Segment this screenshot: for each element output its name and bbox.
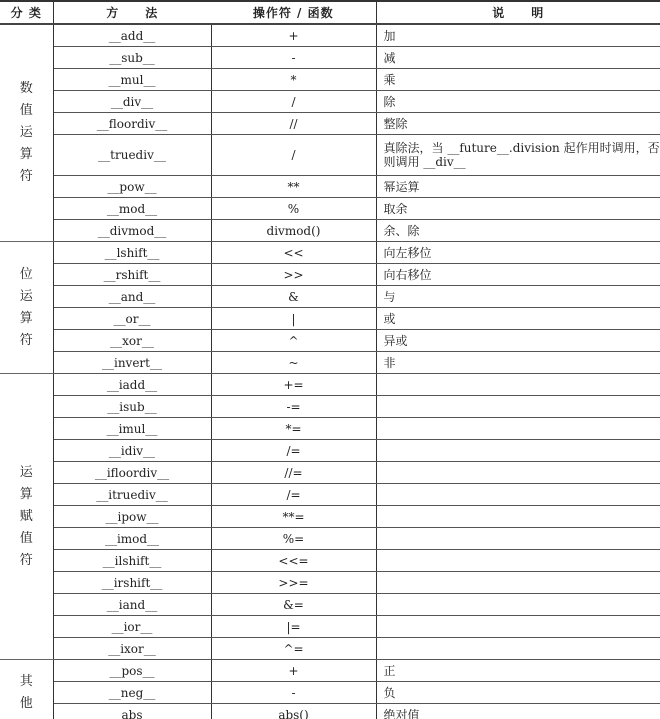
operator-cell: - <box>211 682 376 704</box>
operator-cell: ^= <box>211 638 376 660</box>
table-row: __and__&与 <box>0 286 660 308</box>
table-row: 位运算符__lshift__<<向左移位 <box>0 242 660 264</box>
method-cell: __truediv__ <box>53 135 211 176</box>
table-row: __invert__~非 <box>0 352 660 374</box>
description-cell: 负 <box>376 682 660 704</box>
method-cell: __sub__ <box>53 47 211 69</box>
description-cell: 整除 <box>376 113 660 135</box>
method-cell: __ipow__ <box>53 506 211 528</box>
table-row: __ipow__**= <box>0 506 660 528</box>
method-cell: __xor__ <box>53 330 211 352</box>
operator-cell: /= <box>211 440 376 462</box>
method-cell: __ior__ <box>53 616 211 638</box>
table-row: __mul__*乘 <box>0 69 660 91</box>
header-category: 分 类 <box>0 1 53 24</box>
description-cell <box>376 572 660 594</box>
description-cell: 向左移位 <box>376 242 660 264</box>
description-cell: 异或 <box>376 330 660 352</box>
description-cell: 向右移位 <box>376 264 660 286</box>
operator-cell: /= <box>211 484 376 506</box>
method-cell: __mod__ <box>53 198 211 220</box>
method-cell: __lshift__ <box>53 242 211 264</box>
description-cell: 与 <box>376 286 660 308</box>
operator-cell: << <box>211 242 376 264</box>
operator-cell: / <box>211 91 376 113</box>
table-row: __ifloordiv__//= <box>0 462 660 484</box>
operator-cell: % <box>211 198 376 220</box>
table-row: __abs__abs()绝对值 <box>0 704 660 719</box>
table-row: __truediv__/真除法，当 __future__.division 起作… <box>0 135 660 176</box>
category-cell: 数值运算符 <box>0 24 53 242</box>
table-row: __iand__&= <box>0 594 660 616</box>
method-cell: __idiv__ <box>53 440 211 462</box>
category-label: 其他 <box>19 671 33 715</box>
method-cell: __add__ <box>53 24 211 47</box>
table-row: __ixor__^= <box>0 638 660 660</box>
category-cell: 其他 <box>0 660 53 719</box>
method-cell: __mul__ <box>53 69 211 91</box>
operator-cell: + <box>211 24 376 47</box>
table-row: __pow__**幂运算 <box>0 176 660 198</box>
description-cell <box>376 440 660 462</box>
method-cell: __ilshift__ <box>53 550 211 572</box>
header-method: 方 法 <box>53 1 211 24</box>
description-cell: 绝对值 <box>376 704 660 719</box>
table-row: __xor__^异或 <box>0 330 660 352</box>
method-cell: __irshift__ <box>53 572 211 594</box>
method-cell: __pow__ <box>53 176 211 198</box>
description-cell: 减 <box>376 47 660 69</box>
header-row: 分 类 方 法 操作符 / 函数 说 明 <box>0 1 660 24</box>
operator-cell: %= <box>211 528 376 550</box>
category-label: 数值运算符 <box>19 78 33 188</box>
table-row: __div__/除 <box>0 91 660 113</box>
operator-cell: |= <box>211 616 376 638</box>
operator-cell: & <box>211 286 376 308</box>
description-cell: 加 <box>376 24 660 47</box>
table-row: __isub__-= <box>0 396 660 418</box>
table-row: __sub__-减 <box>0 47 660 69</box>
description-cell <box>376 528 660 550</box>
description-cell: 余、除 <box>376 220 660 242</box>
description-cell: 正 <box>376 660 660 682</box>
method-cell: __isub__ <box>53 396 211 418</box>
description-cell: 乘 <box>376 69 660 91</box>
method-cell: __neg__ <box>53 682 211 704</box>
description-cell <box>376 550 660 572</box>
description-cell: 非 <box>376 352 660 374</box>
operator-cell: -= <box>211 396 376 418</box>
description-cell: 真除法，当 __future__.division 起作用时调用，否则调用 __… <box>376 135 660 176</box>
operator-cell: abs() <box>211 704 376 719</box>
table-row: __itruediv__/= <box>0 484 660 506</box>
operator-cell: - <box>211 47 376 69</box>
method-cell: __imul__ <box>53 418 211 440</box>
method-cell: __or__ <box>53 308 211 330</box>
table-row: __imul__*= <box>0 418 660 440</box>
operator-cell: >>= <box>211 572 376 594</box>
method-cell: __iand__ <box>53 594 211 616</box>
table-body: 数值运算符__add__+加__sub__-减__mul__*乘__div__/… <box>0 24 660 719</box>
operator-cell: ^ <box>211 330 376 352</box>
operator-cell: / <box>211 135 376 176</box>
operator-cell: <<= <box>211 550 376 572</box>
method-cell: __and__ <box>53 286 211 308</box>
table-row: __idiv__/= <box>0 440 660 462</box>
description-cell <box>376 506 660 528</box>
table-row: __ior__|= <box>0 616 660 638</box>
method-cell: __rshift__ <box>53 264 211 286</box>
category-cell: 运算赋值符 <box>0 374 53 660</box>
operator-cell: * <box>211 69 376 91</box>
category-cell: 位运算符 <box>0 242 53 374</box>
description-cell: 或 <box>376 308 660 330</box>
description-cell <box>376 484 660 506</box>
method-cell: __floordiv__ <box>53 113 211 135</box>
table-row: 运算赋值符__iadd__+= <box>0 374 660 396</box>
method-cell: __imod__ <box>53 528 211 550</box>
operator-cell: ~ <box>211 352 376 374</box>
operator-cell: >> <box>211 264 376 286</box>
table-row: __mod__%取余 <box>0 198 660 220</box>
method-cell: __ixor__ <box>53 638 211 660</box>
method-cell: __ifloordiv__ <box>53 462 211 484</box>
description-cell <box>376 638 660 660</box>
operator-cell: //= <box>211 462 376 484</box>
operator-cell: // <box>211 113 376 135</box>
description-cell <box>376 616 660 638</box>
description-cell <box>376 374 660 396</box>
description-cell: 幂运算 <box>376 176 660 198</box>
table-row: 数值运算符__add__+加 <box>0 24 660 47</box>
operator-cell: &= <box>211 594 376 616</box>
table-row: __rshift__>>向右移位 <box>0 264 660 286</box>
header-description: 说 明 <box>376 1 660 24</box>
method-cell: __itruediv__ <box>53 484 211 506</box>
table-row: 其他__pos__+正 <box>0 660 660 682</box>
description-cell <box>376 418 660 440</box>
category-label: 位运算符 <box>19 264 33 352</box>
operator-cell: ** <box>211 176 376 198</box>
operator-cell: **= <box>211 506 376 528</box>
operator-cell: + <box>211 660 376 682</box>
method-cell: __pos__ <box>53 660 211 682</box>
operator-cell: += <box>211 374 376 396</box>
table-row: __irshift__>>= <box>0 572 660 594</box>
table-row: __neg__-负 <box>0 682 660 704</box>
description-cell <box>376 396 660 418</box>
operator-cell: | <box>211 308 376 330</box>
description-cell <box>376 594 660 616</box>
description-cell: 取余 <box>376 198 660 220</box>
operator-methods-table: 分 类 方 法 操作符 / 函数 说 明 数值运算符__add__+加__sub… <box>0 0 660 719</box>
operator-cell: *= <box>211 418 376 440</box>
table-row: __floordiv__//整除 <box>0 113 660 135</box>
method-cell: __iadd__ <box>53 374 211 396</box>
method-cell: __div__ <box>53 91 211 113</box>
method-cell: __divmod__ <box>53 220 211 242</box>
table-row: __divmod__divmod()余、除 <box>0 220 660 242</box>
table-row: __or__|或 <box>0 308 660 330</box>
method-cell: __abs__ <box>53 704 211 719</box>
table-row: __imod__%= <box>0 528 660 550</box>
description-cell <box>376 462 660 484</box>
operator-cell: divmod() <box>211 220 376 242</box>
description-cell: 除 <box>376 91 660 113</box>
header-operator: 操作符 / 函数 <box>211 1 376 24</box>
table-row: __ilshift__<<= <box>0 550 660 572</box>
category-label: 运算赋值符 <box>19 462 33 572</box>
method-cell: __invert__ <box>53 352 211 374</box>
